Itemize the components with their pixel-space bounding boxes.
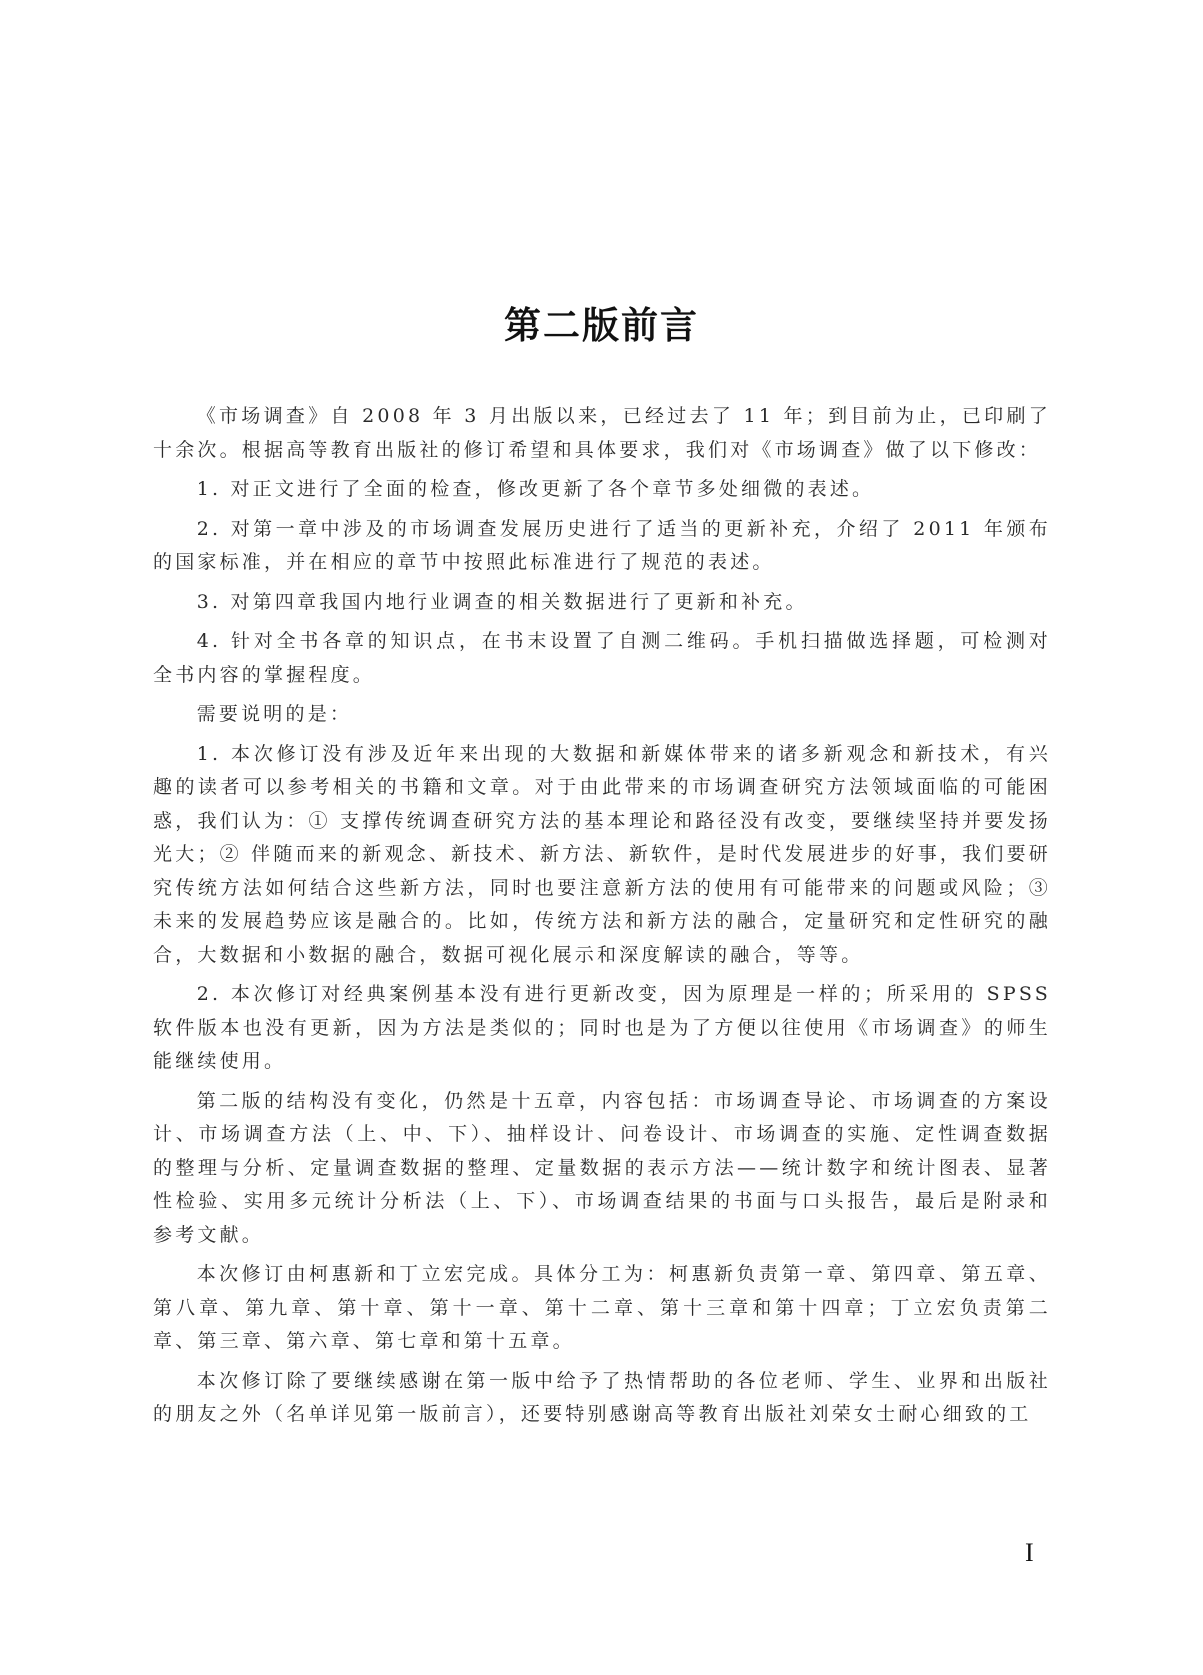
paragraph-change-4: 4. 针对全书各章的知识点，在书末设置了自测二维码。手机扫描做选择题，可检测对全… — [153, 625, 1051, 692]
paragraph-structure: 第二版的结构没有变化，仍然是十五章，内容包括：市场调查导论、市场调查的方案设计、… — [153, 1085, 1051, 1253]
paragraph-change-3: 3. 对第四章我国内地行业调查的相关数据进行了更新和补充。 — [153, 586, 1051, 620]
paragraph-change-2: 2. 对第一章中涉及的市场调查发展历史进行了适当的更新补充，介绍了 2011 年… — [153, 513, 1051, 580]
page-title: 第二版前言 — [0, 295, 1203, 349]
page-number: I — [1025, 1538, 1034, 1568]
paragraph-notes-heading: 需要说明的是： — [153, 698, 1051, 732]
document-page: 第二版前言 《市场调查》自 2008 年 3 月出版以来，已经过去了 11 年；… — [0, 0, 1203, 1675]
body-text: 《市场调查》自 2008 年 3 月出版以来，已经过去了 11 年；到目前为止，… — [153, 400, 1051, 1438]
paragraph-acknowledgements: 本次修订除了要继续感谢在第一版中给予了热情帮助的各位老师、学生、业界和出版社的朋… — [153, 1365, 1051, 1432]
paragraph-authors: 本次修订由柯惠新和丁立宏完成。具体分工为：柯惠新负责第一章、第四章、第五章、第八… — [153, 1258, 1051, 1359]
paragraph-note-1: 1. 本次修订没有涉及近年来出现的大数据和新媒体带来的诸多新观念和新技术，有兴趣… — [153, 738, 1051, 973]
paragraph-change-1: 1. 对正文进行了全面的检查，修改更新了各个章节多处细微的表述。 — [153, 473, 1051, 507]
paragraph-intro: 《市场调查》自 2008 年 3 月出版以来，已经过去了 11 年；到目前为止，… — [153, 400, 1051, 467]
paragraph-note-2: 2. 本次修订对经典案例基本没有进行更新改变，因为原理是一样的；所采用的 SPS… — [153, 978, 1051, 1079]
